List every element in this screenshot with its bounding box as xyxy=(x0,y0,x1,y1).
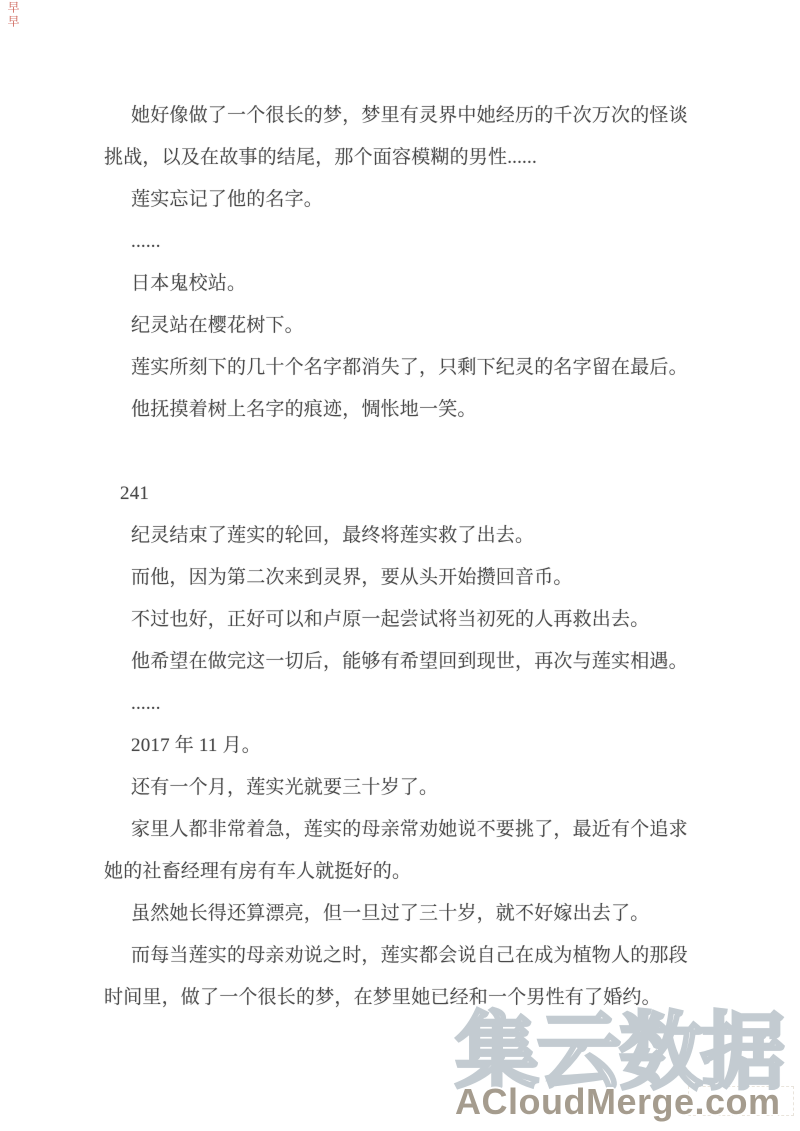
watermark-site-url: ACloudMerge.com xyxy=(455,1082,781,1122)
text-line: 他希望在做完这一切后，能够有希望回到现世，再次与莲实相遇。 xyxy=(104,641,724,683)
text-line: 莲实忘记了他的名字。 xyxy=(104,179,724,221)
text-line: 而他，因为第二次来到灵界，要从头开始攒回音币。 xyxy=(104,557,724,599)
text-line: 纪灵结束了莲实的轮回，最终将莲实救了出去。 xyxy=(104,515,724,557)
text-line: 虽然她长得还算漂亮，但一旦过了三十岁，就不好嫁出去了。 xyxy=(104,893,724,935)
text-line: ...... xyxy=(104,683,724,725)
text-line: 莲实所刻下的几十个名字都消失了，只剩下纪灵的名字留在最后。 xyxy=(104,347,724,389)
novel-text-block: 她好像做了一个很长的梦，梦里有灵界中她经历的千次万次的怪谈挑战，以及在故事的结尾… xyxy=(104,95,724,1019)
text-line: 他抚摸着树上名字的痕迹，惆怅地一笑。 xyxy=(104,389,724,431)
novel-page: 早早 她好像做了一个很长的梦，梦里有灵界中她经历的千次万次的怪谈挑战，以及在故事… xyxy=(0,0,800,1131)
text-line: 2017 年 11 月。 xyxy=(104,725,724,767)
text-line: 日本鬼校站。 xyxy=(104,263,724,305)
text-line: 241 xyxy=(104,473,724,515)
text-line: 时间里，做了一个很长的梦，在梦里她已经和一个男性有了婚约。 xyxy=(104,977,724,1019)
text-line: 她的社畜经理有房有车人就挺好的。 xyxy=(104,851,724,893)
text-line: 家里人都非常着急，莲实的母亲常劝她说不要挑了，最近有个追求 xyxy=(104,809,724,851)
corner-red-mark: 早早 xyxy=(4,1,20,29)
text-line: ...... xyxy=(104,221,724,263)
text-line: 她好像做了一个很长的梦，梦里有灵界中她经历的千次万次的怪谈 xyxy=(104,95,724,137)
text-line: 而每当莲实的母亲劝说之时，莲实都会说自己在成为植物人的那段 xyxy=(104,935,724,977)
watermark-stamp-box xyxy=(688,1086,794,1116)
text-line: 不过也好，正好可以和卢原一起尝试将当初死的人再救出去。 xyxy=(104,599,724,641)
text-line: 还有一个月，莲实光就要三十岁了。 xyxy=(104,767,724,809)
blank-line xyxy=(104,431,724,473)
text-line: 挑战，以及在故事的结尾，那个面容模糊的男性...... xyxy=(104,137,724,179)
text-line: 纪灵站在樱花树下。 xyxy=(104,305,724,347)
